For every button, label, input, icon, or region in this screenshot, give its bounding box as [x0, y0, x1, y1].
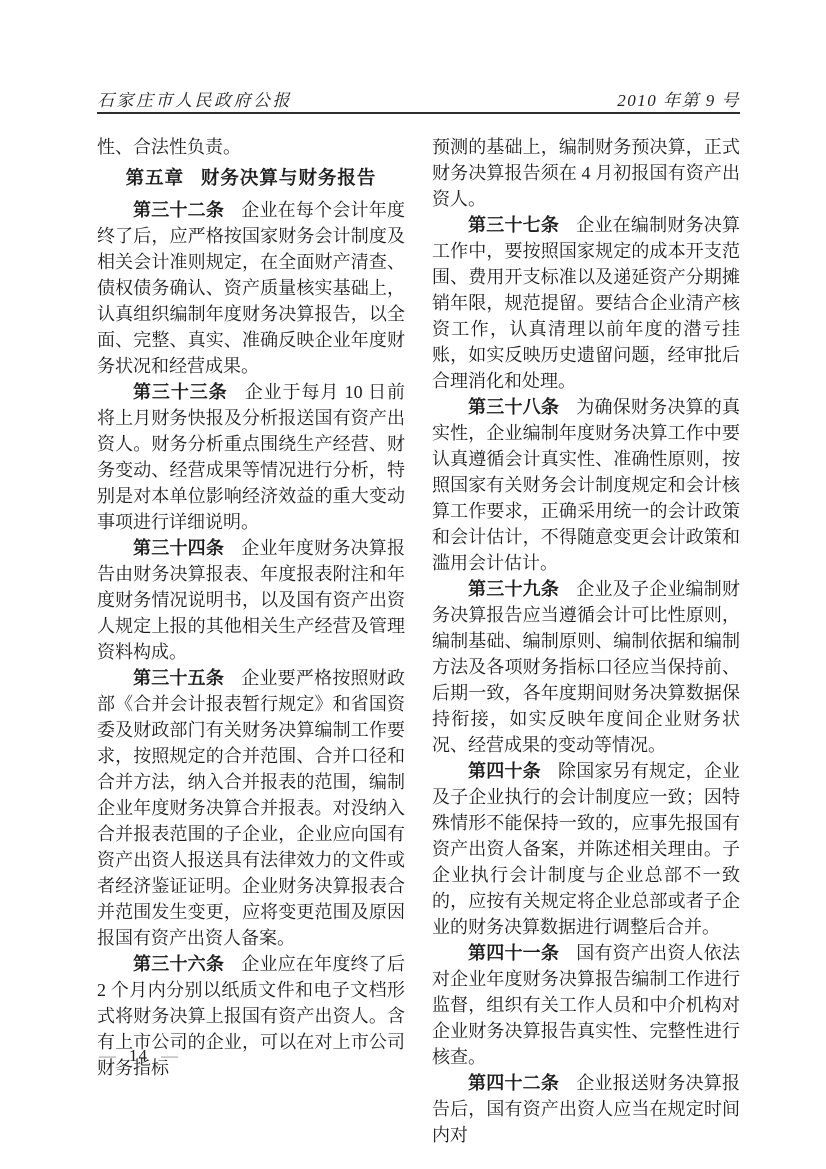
- article-text: 为确保财务决算的真实性，企业编制年度财务决算工作中要认真遵循会计真实性、准确性原…: [432, 397, 740, 573]
- article-paragraph: 第三十二条企业在每个会计年度终了后，应严格按国家财务会计制度及相关会计准则规定，…: [97, 197, 405, 379]
- article-number: 第三十九条: [468, 579, 559, 599]
- article-paragraph: 第三十八条为确保财务决算的真实性，企业编制年度财务决算工作中要认真遵循会计真实性…: [432, 394, 740, 576]
- article-number: 第三十六条: [133, 954, 224, 974]
- issue-number: 2010 年第 9 号: [617, 86, 740, 111]
- article-text: 企业要严格按照财政部《合并会计报表暂行规定》和省国资委及财政部门有关财务决算编制…: [97, 668, 405, 948]
- article-paragraph: 第三十五条企业要严格按照财政部《合并会计报表暂行规定》和省国资委及财政部门有关财…: [97, 665, 405, 951]
- article-number: 第三十四条: [133, 538, 224, 558]
- page-footer: — 14 —: [99, 1046, 178, 1066]
- gazette-page: 石家庄市人民政府公报 2010 年第 9 号 性、合法性负责。 第五章财务决算与…: [0, 0, 826, 1169]
- article-text: 除国家另有规定，企业及子企业执行的会计制度应一致；因特殊情形不能保持一致的，应事…: [432, 761, 740, 937]
- article-number: 第四十一条: [468, 943, 559, 963]
- footer-dash-left: —: [99, 1046, 116, 1066]
- chapter-heading: 第五章财务决算与财务报告: [97, 165, 405, 191]
- continued-paragraph: 性、合法性负责。: [97, 134, 405, 160]
- article-text: 企业在编制财务决算工作中，要按照国家规定的成本开支范围、费用开支标准以及递延资产…: [432, 215, 740, 391]
- publication-title: 石家庄市人民政府公报: [97, 86, 292, 111]
- chapter-label: 第五章: [126, 167, 185, 188]
- article-number: 第三十二条: [133, 200, 224, 220]
- continued-paragraph: 预测的基础上，编制财务预决算，正式财务决算报告须在 4 月初报国有资产出资人。: [432, 134, 740, 212]
- article-text: 企业在每个会计年度终了后，应严格按国家财务会计制度及相关会计准则规定，在全面财产…: [97, 200, 405, 376]
- chapter-title: 财务决算与财务报告: [201, 167, 377, 188]
- article-text: 企业及子企业编制财务决算报告应当遵循会计可比性原则，编制基础、编制原则、编制依据…: [432, 579, 740, 755]
- article-number: 第四十二条: [468, 1073, 559, 1093]
- page-header: 石家庄市人民政府公报 2010 年第 9 号: [97, 86, 740, 111]
- article-paragraph: 第三十四条企业年度财务决算报告由财务决算报表、年度报表附注和年度财务情况说明书，…: [97, 535, 405, 665]
- article-number: 第四十条: [468, 761, 541, 781]
- page-number: 14: [129, 1046, 148, 1066]
- article-text: 企业于每月 10 日前将上月财务快报及分析报送国有资产出资人。财务分析重点围绕生…: [97, 382, 405, 532]
- article-number: 第三十三条: [133, 382, 228, 402]
- article-number: 第三十七条: [468, 215, 559, 235]
- article-paragraph: 第三十九条企业及子企业编制财务决算报告应当遵循会计可比性原则，编制基础、编制原则…: [432, 576, 740, 758]
- left-column: 性、合法性负责。 第五章财务决算与财务报告 第三十二条企业在每个会计年度终了后，…: [97, 134, 405, 1148]
- article-number: 第三十八条: [468, 397, 559, 417]
- article-paragraph: 第四十二条企业报送财务决算报告后，国有资产出资人应当在规定时间内对: [432, 1070, 740, 1148]
- article-paragraph: 第三十七条企业在编制财务决算工作中，要按照国家规定的成本开支范围、费用开支标准以…: [432, 212, 740, 394]
- article-paragraph: 第四十条除国家另有规定，企业及子企业执行的会计制度应一致；因特殊情形不能保持一致…: [432, 758, 740, 940]
- header-rule: [97, 112, 740, 114]
- article-number: 第三十五条: [133, 668, 224, 688]
- article-columns: 性、合法性负责。 第五章财务决算与财务报告 第三十二条企业在每个会计年度终了后，…: [97, 134, 740, 1148]
- article-paragraph: 第四十一条国有资产出资人依法对企业年度财务决算报告编制工作进行监督，组织有关工作…: [432, 940, 740, 1070]
- article-paragraph: 第三十三条企业于每月 10 日前将上月财务快报及分析报送国有资产出资人。财务分析…: [97, 379, 405, 535]
- right-column: 预测的基础上，编制财务预决算，正式财务决算报告须在 4 月初报国有资产出资人。 …: [432, 134, 740, 1148]
- footer-dash-right: —: [161, 1046, 178, 1066]
